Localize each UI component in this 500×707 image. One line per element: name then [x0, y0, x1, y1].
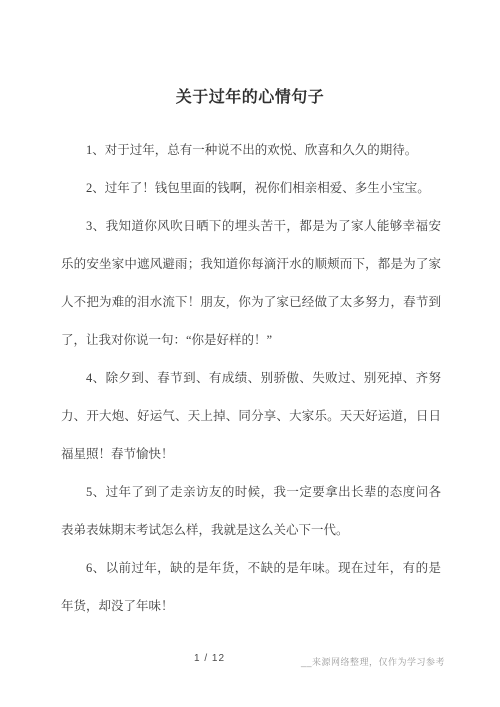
paragraph: 3、我知道你风吹日晒下的埋头苦干，都是为了家人能够幸福安乐的安坐家中遮风避雨；我… [61, 207, 441, 359]
paragraph: 6、以前过年，缺的是年货，不缺的是年味。现在过年，有的是年货，却没了年味！ [61, 549, 441, 625]
paragraph: 5、过年了到了走亲访友的时候，我一定要拿出长辈的态度问各表弟表妹期末考试怎么样，… [61, 473, 441, 549]
page-title: 关于过年的心情句子 [0, 84, 500, 107]
document-page: 关于过年的心情句子 1、对于过年，总有一种说不出的欢悦、欣喜和久久的期待。2、过… [0, 0, 500, 707]
paragraph: 1、对于过年，总有一种说不出的欢悦、欣喜和久久的期待。 [61, 131, 441, 169]
source-note: __来源网络整理，仅作为学习参考 [301, 655, 445, 668]
footer: 1 / 12 __来源网络整理，仅作为学习参考 [0, 651, 500, 669]
page-indicator: 1 / 12 [194, 653, 225, 664]
paragraph: 4、除夕到、春节到、有成绩、别骄傲、失败过、别死掉、齐努力、开大炮、好运气、天上… [61, 359, 441, 473]
paragraph: 2、过年了！钱包里面的钱啊，祝你们相亲相爱、多生小宝宝。 [61, 169, 441, 207]
paragraph-list: 1、对于过年，总有一种说不出的欢悦、欣喜和久久的期待。2、过年了！钱包里面的钱啊… [61, 131, 441, 625]
